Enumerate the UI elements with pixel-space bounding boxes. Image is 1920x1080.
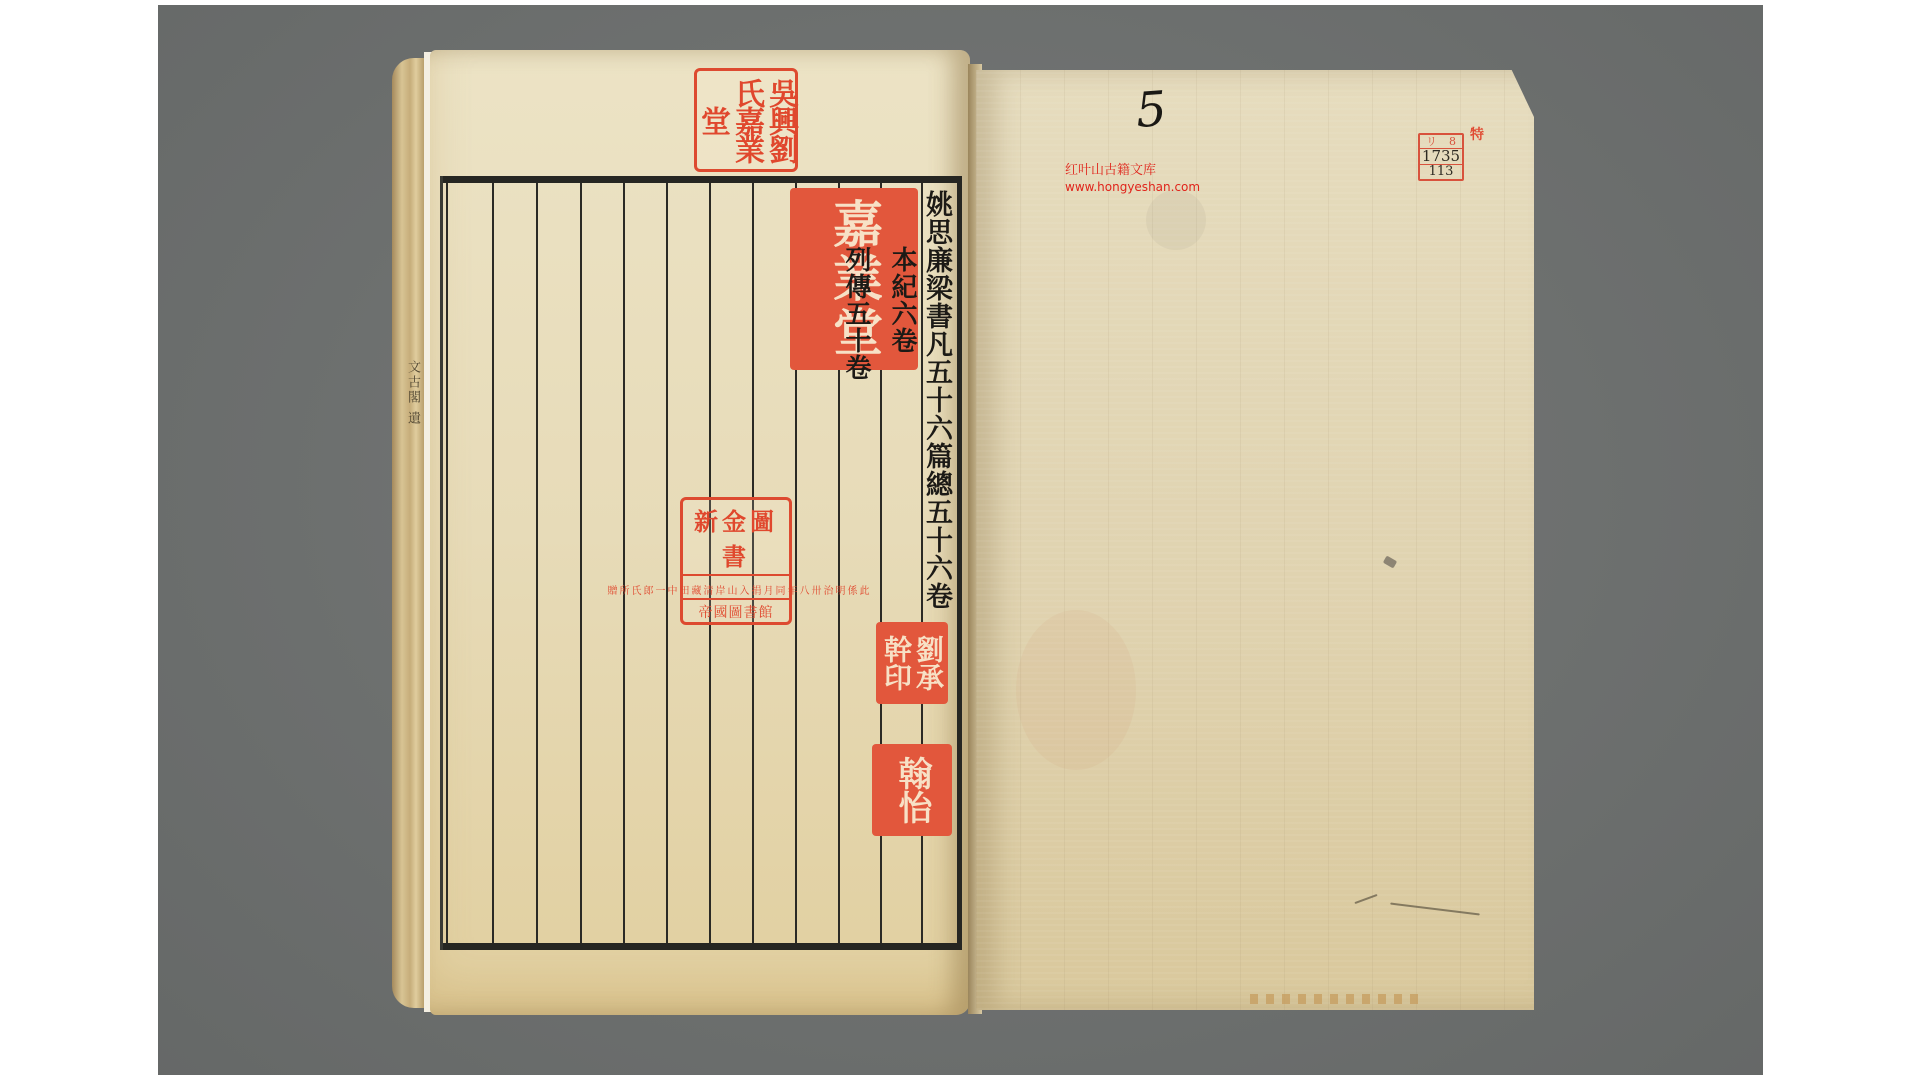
seal-mid-head: 新金圖書 bbox=[683, 502, 789, 576]
column-rule bbox=[492, 183, 494, 943]
seal-top-collector: 吳興劉氏嘉業堂 bbox=[694, 68, 798, 172]
special-collection-mark: 特 bbox=[1470, 124, 1484, 144]
column-rule bbox=[536, 183, 538, 943]
worn-edge bbox=[1250, 994, 1420, 1004]
frame-left-rule bbox=[440, 176, 443, 950]
seal-top-text: 吳興劉氏嘉業堂 bbox=[695, 71, 797, 169]
main-text-column: 姚思廉梁書凡五十六篇總五十六卷 bbox=[923, 190, 953, 610]
seal-small-1-text: 劉承幹印 bbox=[880, 622, 944, 704]
seal-library-accession: 新金圖書 此係明治卅八年同月捐入山岸清藏田中一郎氏所贈 帝國圖書館 bbox=[680, 497, 792, 625]
column-rule bbox=[666, 183, 668, 943]
paper-stain bbox=[1146, 190, 1206, 250]
seal-small-1: 劉承幹印 bbox=[876, 622, 948, 704]
seal-small-2-text: 翰怡 bbox=[892, 756, 932, 824]
handwritten-page-number: 5 bbox=[1134, 81, 1168, 139]
watermark-url: www.hongyeshan.com bbox=[1065, 179, 1200, 195]
column-rule bbox=[446, 183, 448, 943]
spine-label: 文古閣 遺 bbox=[398, 360, 422, 500]
column-rule bbox=[623, 183, 625, 943]
paper-texture bbox=[976, 70, 1534, 1010]
sub-text-annals: 本紀六卷 bbox=[888, 246, 918, 354]
seal-mid-foot: 帝國圖書館 bbox=[683, 598, 789, 622]
paper-stain bbox=[1016, 610, 1136, 770]
catalog-number-1: 1735 bbox=[1420, 149, 1462, 165]
column-rule bbox=[580, 183, 582, 943]
seal-mid-body: 此係明治卅八年同月捐入山岸清藏田中一郎氏所贈 bbox=[604, 582, 868, 598]
catalog-number-2: 113 bbox=[1420, 165, 1462, 179]
watermark-name: 红叶山古籍文库 bbox=[1065, 162, 1200, 179]
catalog-number-stamp: リ 8 1735 113 bbox=[1418, 133, 1464, 181]
seal-small-2: 翰怡 bbox=[872, 744, 952, 836]
watermark: 红叶山古籍文库 www.hongyeshan.com bbox=[1065, 162, 1200, 195]
right-page bbox=[976, 70, 1534, 1010]
sub-text-biographies: 列傳五十卷 bbox=[842, 246, 872, 381]
